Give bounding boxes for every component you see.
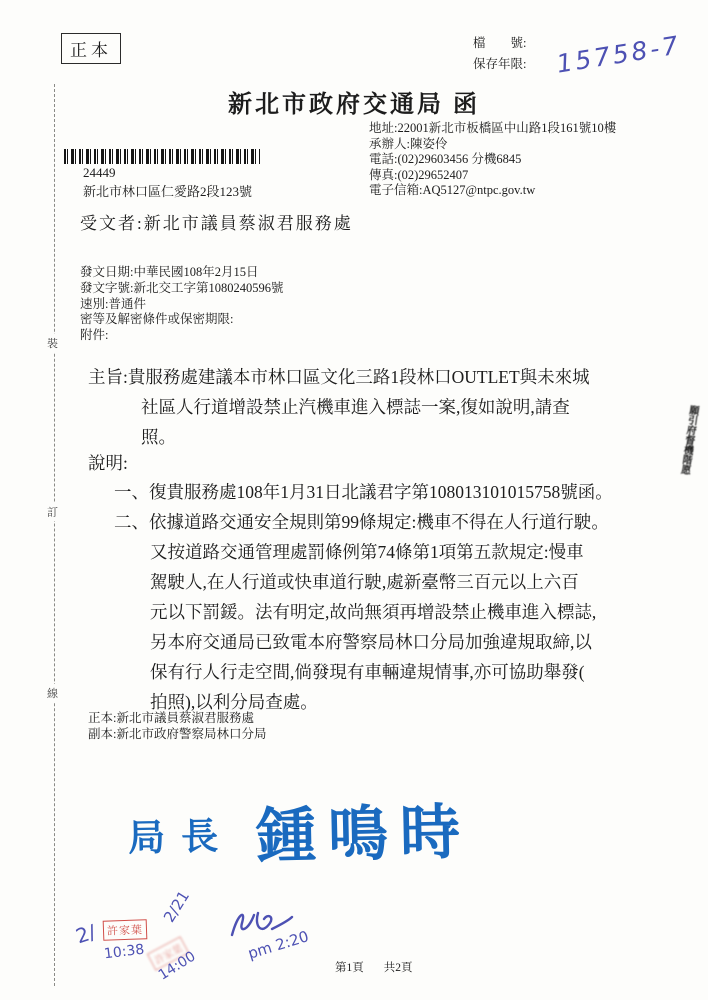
director-title: 局長 (127, 805, 234, 861)
description-label: 說明: (88, 450, 128, 475)
subject-line: 照。 (141, 422, 678, 452)
attachment: 附件: (80, 328, 283, 344)
description-items: 一、復貴服務處108年1月31日北議君字第108013101015758號函。 … (114, 477, 689, 717)
total-pages: 共2頁 (384, 959, 413, 975)
copy-recipient: 副本:新北市政府警察局林口分局 (88, 727, 266, 743)
binding-label-xian: 線 (47, 684, 58, 702)
sender-phone: 電話:(02)29603456 分機6845 (369, 152, 616, 168)
recipient-address: 新北市林口區仁愛路2段123號 (83, 181, 252, 200)
binding-label-ding: 訂 (47, 503, 58, 521)
description-item-2-line: 駕駛人,在人行道或快車道行駛,處新臺幣三百元以上六百 (150, 567, 689, 597)
description-item-2-line: 保有行人行走空間,倘發現有車輛違規情事,亦可協助舉發( (150, 657, 689, 687)
file-reference-labels: 檔 號: 保存年限: (473, 33, 526, 75)
binding-dashed-line (54, 84, 55, 986)
document-page: 裝 訂 線 正本 檔 號: 保存年限: 15758-7 新北市政府交通局 函 地… (0, 0, 708, 1000)
original-recipient: 正本:新北市議員蔡淑君服務處 (88, 711, 266, 727)
handwritten-date-2: 2/21 (160, 887, 193, 925)
priority: 速別:普通件 (80, 297, 283, 313)
handwritten-file-number: 15758-7 (555, 30, 683, 78)
file-number-label: 檔 號: (473, 33, 526, 54)
subject-paragraph: 主旨:貴服務處建議本市林口區文化三路1段林口OUTLET與未來城 社區人行道增設… (88, 362, 678, 452)
page-footer: 第1頁 共2頁 (335, 959, 413, 975)
description-item-1: 一、復貴服務處108年1月31日北議君字第108013101015758號函。 (114, 477, 689, 507)
subject-line: 主旨:貴服務處建議本市林口區文化三路1段林口OUTLET與未來城 (88, 362, 678, 392)
sender-fax: 傳真:(02)29652407 (369, 168, 616, 184)
handwritten-initial: 2/ (73, 920, 99, 949)
sender-contact-block: 地址:22001新北市板橋區中山路1段161號10樓 承辦人:陳姿伶 電話:(0… (369, 121, 616, 199)
binding-label-zhuang: 裝 (47, 334, 58, 352)
sender-address: 地址:22001新北市板橋區中山路1段161號10樓 (369, 121, 616, 137)
director-signature: 局長 鍾鳴時 (127, 784, 473, 877)
handwritten-time-1: 10:38 (103, 942, 145, 963)
description-item-2-line: 另本府交通局已致電本府警察局林口分局加強違規取締,以 (150, 627, 689, 657)
sender-contact-person: 承辦人:陳姿伶 (369, 137, 616, 153)
barcode (64, 149, 260, 164)
description-item-2-line: 又按道路交通管理處罰條例第74條第1項第五款規定:慢車 (150, 537, 689, 567)
copy-type-badge: 正本 (61, 33, 121, 64)
director-name: 鍾鳴時 (255, 784, 473, 875)
description-item-2-line: 二、依據道路交通安全規則第99條規定:機車不得在人行道行駛。 (114, 507, 689, 537)
retention-period-label: 保存年限: (473, 54, 526, 75)
recipient-line: 受文者:新北市議員蔡淑君服務處 (80, 209, 353, 234)
classification: 密等及解密條件或保密期限: (80, 312, 283, 328)
name-chop-stamp: 許家葉 (103, 919, 148, 941)
mail-code: 24449 (83, 165, 116, 181)
issue-number: 發文字號:新北交工字第1080240596號 (80, 281, 283, 297)
document-title: 新北市政府交通局 函 (0, 84, 708, 119)
page-number: 第1頁 (335, 959, 364, 975)
issue-date: 發文日期:中華民國108年2月15日 (80, 265, 283, 281)
subject-line: 社區人行道增設禁止汽機車進入標誌一案,復如說明,請查 (141, 392, 678, 422)
sender-email: 電子信箱:AQ5127@ntpc.gov.tw (369, 183, 616, 199)
document-meta-block: 發文日期:中華民國108年2月15日 發文字號:新北交工字第1080240596… (80, 265, 283, 344)
distribution-block: 正本:新北市議員蔡淑君服務處 副本:新北市政府警察局林口分局 (88, 711, 266, 742)
description-item-2-line: 元以下罰鍰。法有明定,故尚無須再增設禁止機車進入標誌, (150, 597, 689, 627)
